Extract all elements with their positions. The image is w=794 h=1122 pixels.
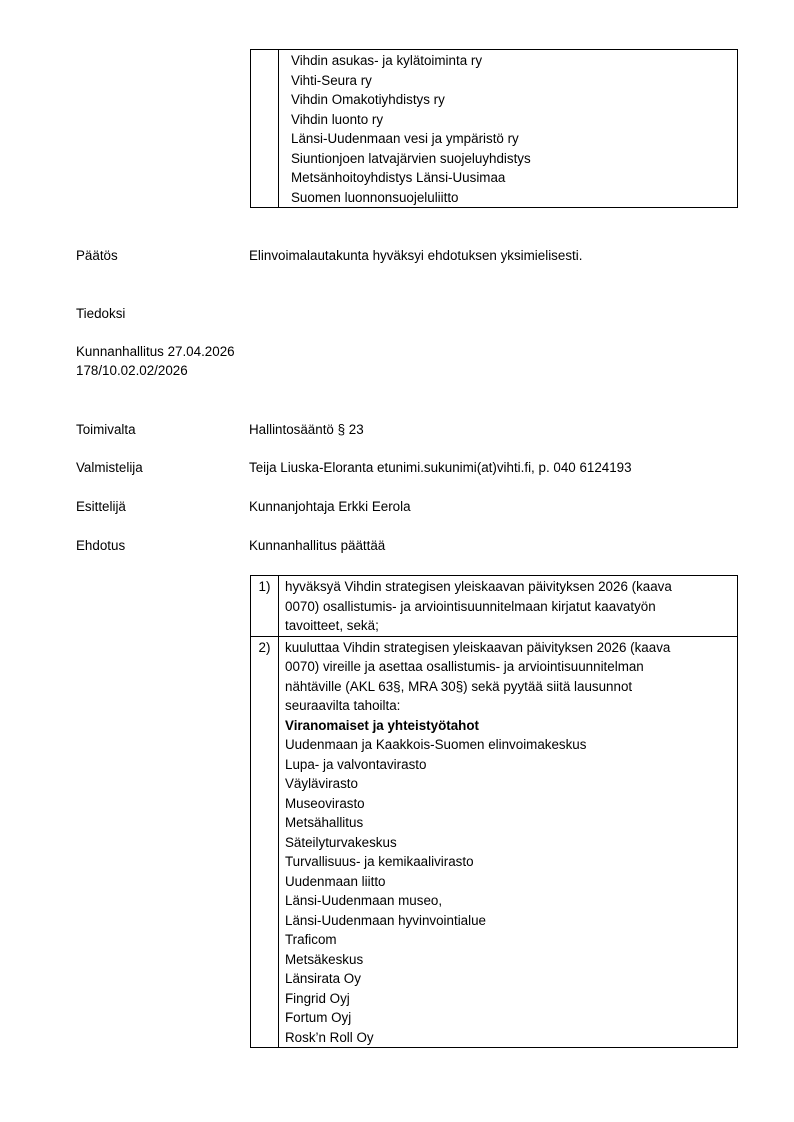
list-item: Fortum Oyj xyxy=(285,1008,737,1028)
decision-label: Päätös xyxy=(76,246,118,266)
list-item: Traficom xyxy=(285,930,737,950)
list-item: Siuntionjoen latvajärvien suojeluyhdisty… xyxy=(291,149,737,169)
list-item: Museovirasto xyxy=(285,794,737,814)
section-heading: Viranomaiset ja yhteistyötahot xyxy=(285,716,737,736)
text-line: nähtäville (AKL 63§, MRA 30§) sekä pyytä… xyxy=(285,677,737,697)
list-item: Vihdin Omakotiyhdistys ry xyxy=(291,90,737,110)
table-row: Vihdin asukas- ja kylätoiminta ry Vihti-… xyxy=(251,50,738,208)
decision-text: Elinvoimalautakunta hyväksyi ehdotuksen … xyxy=(249,246,582,266)
list-item: Säteilyturvakeskus xyxy=(285,833,737,853)
notice-meeting: Kunnanhallitus 27.04.2026 xyxy=(76,342,235,362)
text-line: hyväksyä Vihdin strategisen yleiskaavan … xyxy=(285,577,737,597)
authority-label: Toimivalta xyxy=(76,420,136,440)
text-line: seuraavilta tahoilta: xyxy=(285,696,737,716)
list-item: Vihdin luonto ry xyxy=(291,110,737,130)
list-item: Länsirata Oy xyxy=(285,969,737,989)
list-item: Lupa- ja valvontavirasto xyxy=(285,755,737,775)
notice-title: Tiedoksi xyxy=(76,304,125,324)
list-item: Suomen luonnonsuojeluliitto xyxy=(291,188,737,208)
list-item: Metsäkeskus xyxy=(285,950,737,970)
row-number-cell: 1) xyxy=(251,576,279,637)
list-item: Länsi-Uudenmaan vesi ja ympäristö ry xyxy=(291,129,737,149)
text-line: 0070) osallistumis- ja arviointisuunnite… xyxy=(285,597,737,617)
proposal-table: 1) hyväksyä Vihdin strategisen yleiskaav… xyxy=(250,575,738,1048)
preparer-value: Teija Liuska-Eloranta etunimi.sukunimi(a… xyxy=(249,458,632,478)
proposal-text-cell: kuuluttaa Vihdin strategisen yleiskaavan… xyxy=(279,636,738,1048)
stakeholder-table-continued: Vihdin asukas- ja kylätoiminta ry Vihti-… xyxy=(250,49,738,208)
text-line: kuuluttaa Vihdin strategisen yleiskaavan… xyxy=(285,638,737,658)
table-row: 1) hyväksyä Vihdin strategisen yleiskaav… xyxy=(251,576,738,637)
authority-value: Hallintosääntö § 23 xyxy=(249,420,364,440)
preparer-label: Valmistelija xyxy=(76,458,143,478)
proposal-text-cell: hyväksyä Vihdin strategisen yleiskaavan … xyxy=(279,576,738,637)
presenter-label: Esittelijä xyxy=(76,497,126,517)
list-item: Metsähallitus xyxy=(285,813,737,833)
list-item: Metsänhoitoyhdistys Länsi-Uusimaa xyxy=(291,168,737,188)
proposal-label: Ehdotus xyxy=(76,536,125,556)
text-line: 0070) vireille ja asettaa osallistumis- … xyxy=(285,657,737,677)
text-line: tavoitteet, sekä; xyxy=(285,616,737,636)
list-item: Fingrid Oyj xyxy=(285,989,737,1009)
row-number-cell: 2) xyxy=(251,636,279,1048)
list-item: Väylävirasto xyxy=(285,774,737,794)
list-item: Rosk’n Roll Oy xyxy=(285,1028,737,1048)
list-item: Vihti-Seura ry xyxy=(291,71,737,91)
list-item: Turvallisuus- ja kemikaalivirasto xyxy=(285,852,737,872)
proposal-value: Kunnanhallitus päättää xyxy=(249,536,385,556)
list-item: Länsi-Uudenmaan museo, xyxy=(285,891,737,911)
stakeholder-list-cell: Vihdin asukas- ja kylätoiminta ry Vihti-… xyxy=(279,50,738,208)
presenter-value: Kunnanjohtaja Erkki Eerola xyxy=(249,497,411,517)
list-item: Uudenmaan liitto xyxy=(285,872,737,892)
list-item: Länsi-Uudenmaan hyvinvointialue xyxy=(285,911,737,931)
row-number-cell xyxy=(251,50,279,208)
table-row: 2) kuuluttaa Vihdin strategisen yleiskaa… xyxy=(251,636,738,1048)
list-item: Vihdin asukas- ja kylätoiminta ry xyxy=(291,51,737,71)
notice-reference: 178/10.02.02/2026 xyxy=(76,361,188,381)
list-item: Uudenmaan ja Kaakkois-Suomen elinvoimake… xyxy=(285,735,737,755)
